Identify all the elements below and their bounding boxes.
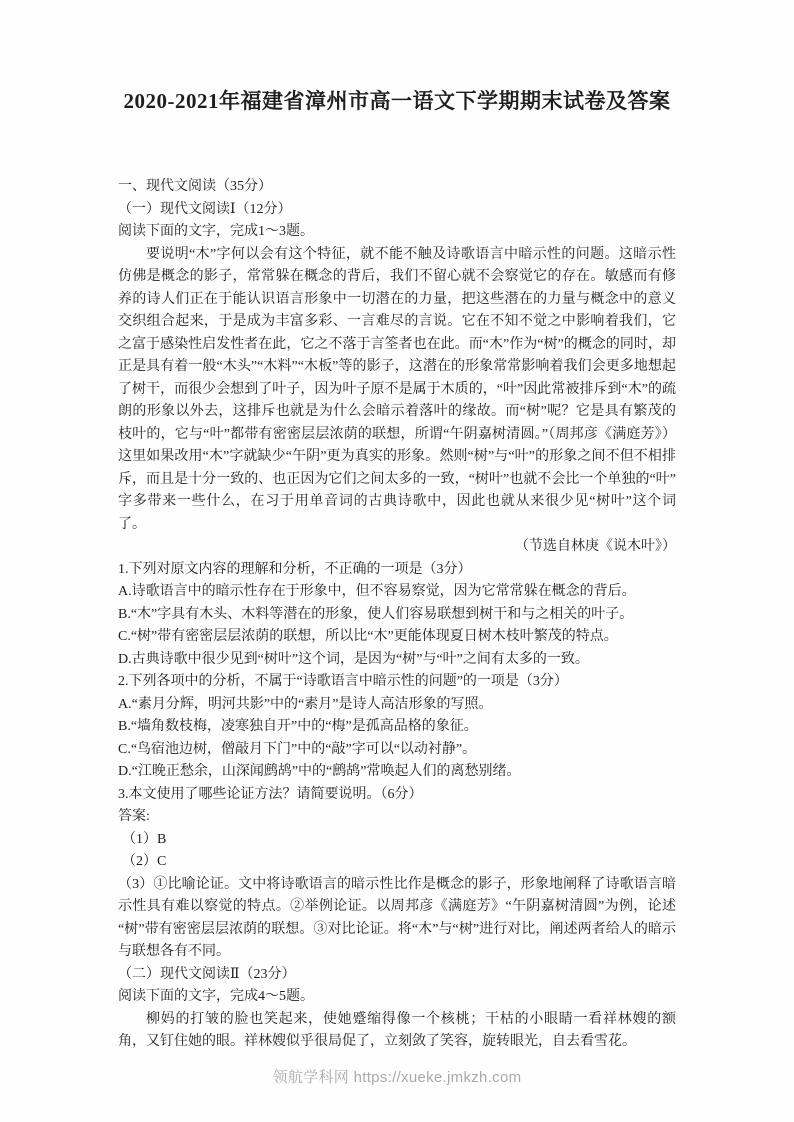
page-title: 2020-2021年福建省漳州市高一语文下学期期末试卷及答案 [118, 86, 676, 116]
answer-2: （2）C [118, 851, 676, 874]
passage-attribution: （节选自林庚《说木叶》） [118, 536, 676, 559]
part-1-passage: 要说明“木”字何以会有这个特征，就不能不触及诗歌语言中暗示性的问题。这暗示性仿佛… [118, 244, 676, 537]
document-content: 2020-2021年福建省漳州市高一语文下学期期末试卷及答案 一、现代文阅读（3… [0, 0, 794, 1054]
question-3-stem: 3.本文使用了哪些论证方法？请简要说明。（6分） [118, 784, 676, 807]
part-2-heading: （二）现代文阅读Ⅱ（23分） [118, 964, 676, 987]
part-1-heading: （一）现代文阅读Ⅰ（12分） [118, 199, 676, 222]
question-2-option-a: A.“素月分辉，明河共影”中的“素月”是诗人高洁形象的写照。 [118, 694, 676, 717]
footer-site-name: 领航学科网 [273, 1069, 350, 1086]
question-1-option-b: B.“木”字具有木头、木料等潜在的形象，使人们容易联想到树干和与之相关的叶子。 [118, 604, 676, 627]
part-2-instruction: 阅读下面的文字，完成4～5题。 [118, 986, 676, 1009]
section-1-heading: 一、现代文阅读（35分） [118, 176, 676, 199]
question-1-option-c: C.“树”带有密密层层浓荫的联想，所以比“木”更能体现夏日树木枝叶繁茂的特点。 [118, 626, 676, 649]
footer-watermark: 领航学科网 https://xueke.jmkzh.com [0, 1066, 794, 1090]
question-2-stem: 2.下列各项中的分析，不属于“诗歌语言中暗示性的问题”的一项是（3分） [118, 671, 676, 694]
question-1-option-d: D.古典诗歌中很少见到“树叶”这个词，是因为“树”与“叶”之间有太多的一致。 [118, 649, 676, 672]
question-1-option-a: A.诗歌语言中的暗示性存在于形象中，但不容易察觉，因为它常常躲在概念的背后。 [118, 581, 676, 604]
answer-3: （3）①比喻论证。文中将诗歌语言的暗示性比作是概念的影子，形象地阐释了诗歌语言暗… [118, 874, 676, 964]
question-1-stem: 1.下列对原文内容的理解和分析，不正确的一项是（3分） [118, 559, 676, 582]
exam-document-page: 2020-2021年福建省漳州市高一语文下学期期末试卷及答案 一、现代文阅读（3… [0, 0, 794, 1122]
answer-1: （1）B [118, 829, 676, 852]
part-2-passage: 柳妈的打皱的脸也笑起来，使她蹙缩得像一个核桃；干枯的小眼睛一看祥林嫂的额角，又钉… [118, 1009, 676, 1054]
part-1-instruction: 阅读下面的文字，完成1～3题。 [118, 221, 676, 244]
question-2-option-d: D.“江晚正愁余，山深闻鹧鸪”中的“鹧鸪”常唤起人们的离愁别绪。 [118, 761, 676, 784]
question-2-option-b: B.“墙角数枝梅，凌寒独自开”中的“梅”是孤高品格的象征。 [118, 716, 676, 739]
footer-site-url[interactable]: https://xueke.jmkzh.com [354, 1069, 522, 1086]
answers-label: 答案: [118, 806, 676, 829]
question-2-option-c: C.“鸟宿池边树，僧敲月下门”中的“敲”字可以“以动衬静”。 [118, 739, 676, 762]
